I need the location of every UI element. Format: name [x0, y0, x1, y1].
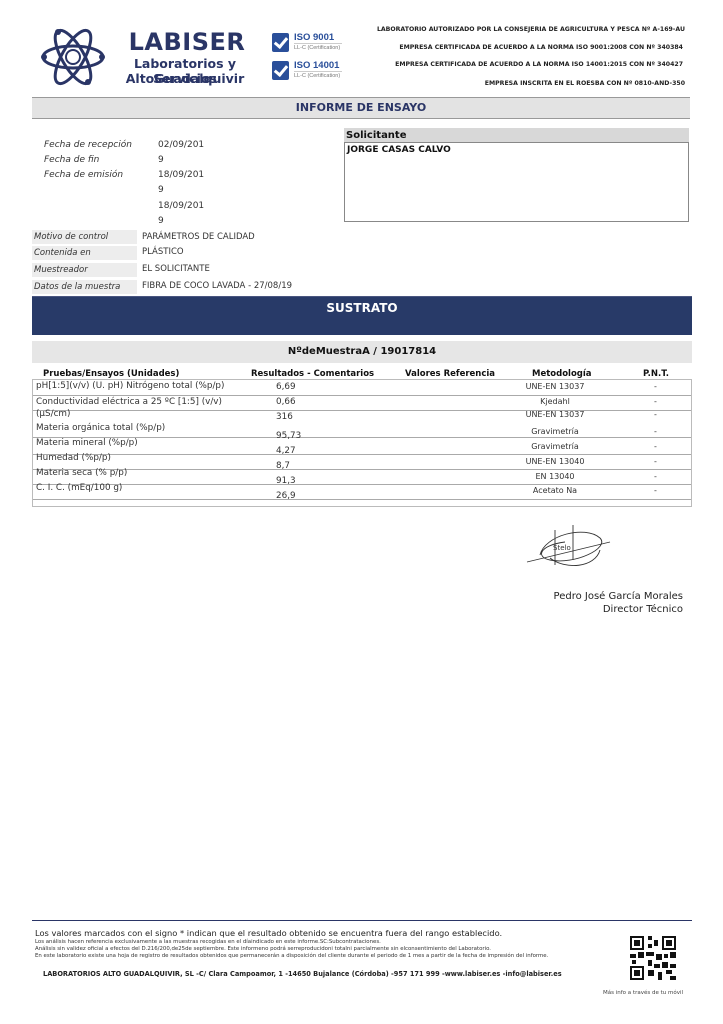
test-name-cell: (µS/cm) — [36, 409, 70, 419]
report-title: INFORME DE ENSAYO — [32, 97, 690, 119]
method-cell: Acetato Na — [495, 486, 615, 495]
col-header-results: Resultados - Comentarios — [251, 369, 374, 379]
solicitante-label: Solicitante — [344, 128, 689, 142]
method-cell: UNE-EN 13037 — [495, 382, 615, 391]
qr-code-icon[interactable] — [630, 936, 676, 980]
date-value: 9 — [158, 155, 164, 165]
date-value: 18/09/201 — [158, 201, 204, 211]
pnt-cell: - — [654, 486, 657, 495]
method-cell: UNE-EN 13037 — [495, 410, 615, 419]
result-cell: 4,27 — [276, 446, 296, 456]
footer-disclaimer: En este laboratorio existe una hoja de r… — [35, 953, 548, 959]
brand-subtitle-2: AltoGuadalquivir — [100, 71, 270, 86]
result-cell: 316 — [276, 412, 293, 422]
date-label: Fecha de recepción — [44, 140, 132, 150]
info-value: PLÁSTICO — [142, 245, 184, 259]
method-cell: Kjedahl — [495, 397, 615, 406]
test-name-cell: Materia orgánica total (%p/p) — [36, 423, 165, 433]
method-cell: EN 13040 — [495, 472, 615, 481]
info-label: Muestreador — [32, 263, 137, 277]
pnt-cell: - — [654, 457, 657, 466]
atom-logo-icon — [40, 24, 106, 90]
solicitante-box: JORGE CASAS CALVO — [344, 142, 689, 222]
footer-disclaimer: Análisis sin validez oficial a efectos d… — [35, 946, 491, 952]
cert-line: EMPRESA CERTIFICADA DE ACUERDO A LA NORM… — [399, 44, 683, 51]
checkmark-icon — [272, 61, 289, 80]
iso-9001-badge: ISO 9001 LL-C (Certification) — [272, 33, 347, 55]
result-cell: 26,9 — [276, 491, 296, 501]
test-name-cell: Conductividad eléctrica a 25 ºC [1:5] (v… — [36, 397, 222, 407]
method-cell: Gravimetría — [495, 427, 615, 436]
pnt-cell: - — [654, 397, 657, 406]
footer-disclaimer: Los análisis hacen referencia exclusivam… — [35, 939, 381, 945]
info-value: PARÁMETROS DE CALIDAD — [142, 230, 255, 244]
date-value: 9 — [158, 216, 164, 226]
pnt-cell: - — [654, 442, 657, 451]
section-title: SUSTRATO — [32, 296, 692, 335]
qr-caption: Más info a través de tu móvil — [603, 990, 683, 996]
result-cell: 6,69 — [276, 382, 296, 392]
info-value: FIBRA DE COCO LAVADA - 27/08/19 — [142, 279, 292, 293]
test-name-cell: Humedad (%p/p) — [36, 453, 111, 463]
date-label: Fecha de fin — [44, 155, 99, 165]
checkmark-icon — [272, 33, 289, 52]
iso-14001-badge: ISO 14001 LL-C (Certification) — [272, 61, 347, 83]
footer-address: LABORATORIOS ALTO GUADALQUIVIR, SL -C/ C… — [43, 970, 562, 978]
test-name-cell: Materia mineral (%p/p) — [36, 438, 138, 448]
col-header-reference: Valores Referencia — [405, 369, 495, 379]
solicitante-value: JORGE CASAS CALVO — [347, 145, 451, 155]
test-name-cell: C. I. C. (mEq/100 g) — [36, 483, 122, 493]
date-value: 9 — [158, 185, 164, 195]
cert-line: LABORATORIO AUTORIZADO POR LA CONSEJERIA… — [377, 26, 685, 33]
footer-note: Los valores marcados con el signo * indi… — [35, 928, 502, 938]
col-header-pnt: P.N.T. — [643, 369, 669, 379]
pnt-cell: - — [654, 427, 657, 436]
pnt-cell: - — [654, 410, 657, 419]
col-header-method: Metodología — [532, 369, 592, 379]
result-cell: 95,73 — [276, 431, 301, 441]
signatory-name: Pedro José García Morales — [554, 591, 683, 602]
test-name-cell: pH[1:5](v/v) (U. pH) Nitrógeno total (%p… — [36, 381, 224, 391]
cert-line: EMPRESA INSCRITA EN EL ROESBA CON Nº 081… — [485, 80, 685, 87]
signatory-role: Director Técnico — [603, 604, 683, 615]
svg-text:Stelo: Stelo — [553, 544, 571, 552]
brand-name: LABISER — [112, 28, 262, 56]
footer-divider — [32, 920, 692, 921]
result-cell: 91,3 — [276, 476, 296, 486]
pnt-cell: - — [654, 472, 657, 481]
result-cell: 0,66 — [276, 397, 296, 407]
info-label: Contenida en — [32, 246, 137, 260]
method-cell: UNE-EN 13040 — [495, 457, 615, 466]
date-value: 02/09/201 — [158, 140, 204, 150]
cert-line: EMPRESA CERTIFICADA DE ACUERDO A LA NORM… — [395, 61, 683, 68]
info-value: EL SOLICITANTE — [142, 262, 210, 276]
date-label: Fecha de emisión — [44, 170, 123, 180]
signature-icon: Stelo — [525, 520, 615, 575]
info-label: Motivo de control — [32, 230, 137, 244]
info-label: Datos de la muestra — [32, 280, 137, 294]
pnt-cell: - — [654, 382, 657, 391]
result-cell: 8,7 — [276, 461, 290, 471]
sample-number: NºdeMuestraA / 19017814 — [32, 341, 692, 363]
method-cell: Gravimetría — [495, 442, 615, 451]
test-name-cell: Materia seca (% p/p) — [36, 468, 127, 478]
date-value: 18/09/201 — [158, 170, 204, 180]
col-header-tests: Pruebas/Ensayos (Unidades) — [43, 369, 179, 379]
